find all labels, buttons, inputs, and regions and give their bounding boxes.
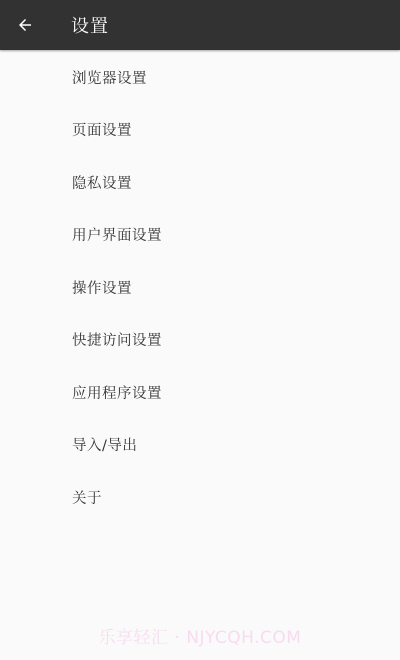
back-button[interactable]	[0, 0, 50, 50]
watermark: 乐享轻汇 · NJYCQH.COM	[0, 623, 400, 648]
settings-screen: 设置 浏览器设置 页面设置 隐私设置 用户界面设置 操作设置 快捷访问设置 应用…	[0, 0, 400, 660]
menu-item-label: 用户界面设置	[72, 224, 162, 245]
arrow-left-icon	[16, 16, 34, 34]
menu-item-label: 浏览器设置	[72, 67, 147, 88]
menu-item-action-settings[interactable]: 操作设置	[0, 261, 400, 314]
menu-item-label: 页面设置	[72, 119, 132, 140]
menu-item-label: 快捷访问设置	[72, 329, 162, 350]
settings-menu: 浏览器设置 页面设置 隐私设置 用户界面设置 操作设置 快捷访问设置 应用程序设…	[0, 50, 400, 524]
toolbar: 设置	[0, 0, 400, 50]
menu-item-label: 导入/导出	[72, 434, 137, 455]
menu-item-label: 隐私设置	[72, 172, 132, 193]
menu-item-app-settings[interactable]: 应用程序设置	[0, 366, 400, 419]
menu-item-label: 关于	[72, 487, 102, 508]
menu-item-page-settings[interactable]: 页面设置	[0, 104, 400, 157]
menu-item-about[interactable]: 关于	[0, 471, 400, 524]
page-title: 设置	[71, 12, 109, 38]
menu-item-label: 应用程序设置	[72, 382, 162, 403]
menu-item-ui-settings[interactable]: 用户界面设置	[0, 209, 400, 262]
menu-item-import-export[interactable]: 导入/导出	[0, 419, 400, 472]
menu-item-privacy-settings[interactable]: 隐私设置	[0, 156, 400, 209]
menu-item-label: 操作设置	[72, 277, 132, 298]
menu-item-quick-access-settings[interactable]: 快捷访问设置	[0, 314, 400, 367]
menu-item-browser-settings[interactable]: 浏览器设置	[0, 51, 400, 104]
